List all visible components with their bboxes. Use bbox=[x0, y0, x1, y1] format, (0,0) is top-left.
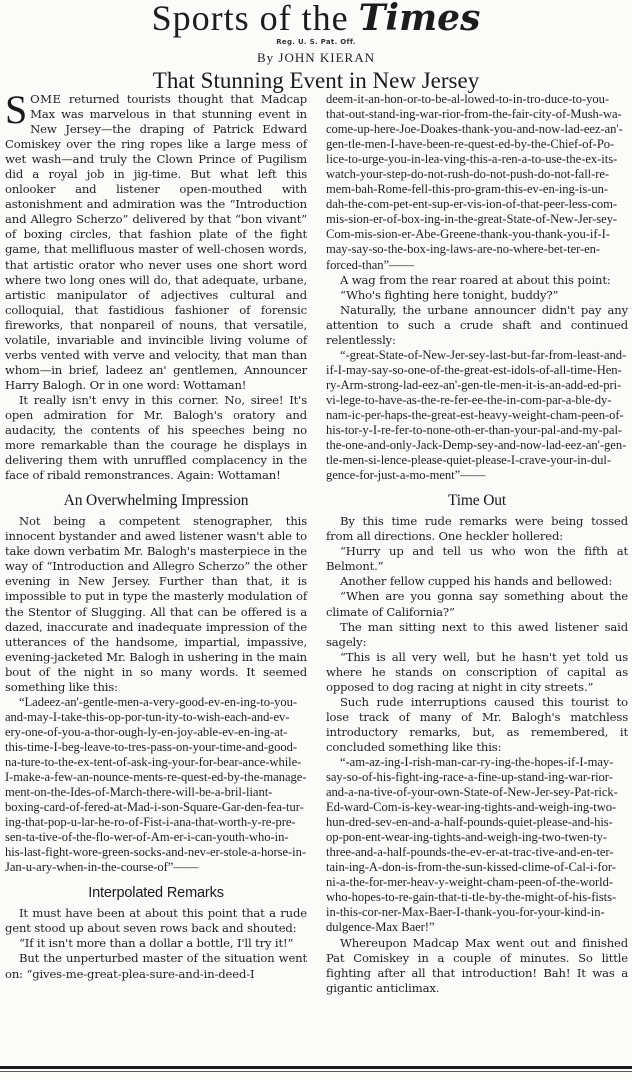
paragraph: SOME returned tourists thought that Madc… bbox=[5, 92, 307, 393]
paragraph: Not being a competent stenographer, this… bbox=[5, 514, 307, 695]
paragraph: Another fellow cupped his hands and bell… bbox=[326, 574, 628, 589]
column-title-prefix: Sports of the bbox=[152, 0, 359, 38]
quoted-speech: “Hurry up and tell us who won the fifth … bbox=[326, 544, 628, 574]
column-title: Sports of the Times bbox=[0, 0, 632, 36]
masthead: Sports of the Times Reg. U. S. Pat. Off.… bbox=[0, 0, 632, 94]
column-title-blackletter: Times bbox=[359, 0, 481, 39]
quoted-speech: “-great-State-of-New-Jer-sey-last-but-fa… bbox=[326, 348, 628, 483]
subheading: Interpolated Remarks bbox=[5, 883, 307, 903]
paragraph-text: returned tourists thought that Madcap Ma… bbox=[5, 92, 307, 392]
paragraph: It must have been at about this point th… bbox=[5, 906, 307, 936]
bottom-rule bbox=[0, 1066, 632, 1069]
paragraph: It really isn't envy in this corner. No,… bbox=[5, 393, 307, 483]
quoted-speech: “Who's fighting here tonight, buddy?” bbox=[326, 288, 628, 303]
quoted-speech: deem-it-an-hon-or-to-be-al-lowed-to-in-t… bbox=[326, 92, 628, 273]
quoted-speech: “This is all very well, but he hasn't ye… bbox=[326, 650, 628, 695]
quoted-speech: “If it isn't more than a dollar a bottle… bbox=[5, 936, 307, 951]
lead-smallcaps: OME bbox=[30, 92, 61, 106]
quoted-speech: “When are you gonna say something about … bbox=[326, 589, 628, 619]
paragraph: Whereupon Madcap Max went out and finish… bbox=[326, 936, 628, 996]
right-column: deem-it-an-hon-or-to-be-al-lowed-to-in-t… bbox=[326, 92, 628, 996]
paragraph: A wag from the rear roared at about this… bbox=[326, 273, 628, 288]
paragraph: Naturally, the urbane announcer didn't p… bbox=[326, 303, 628, 348]
paragraph: Such rude interruptions caused this tour… bbox=[326, 695, 628, 755]
byline: By JOHN KIERAN bbox=[0, 50, 632, 66]
paragraph: By this time rude remarks were being tos… bbox=[326, 514, 628, 544]
paragraph: But the unperturbed master of the situat… bbox=[5, 951, 307, 981]
subheading: An Overwhelming Impression bbox=[5, 491, 307, 511]
left-column: SOME returned tourists thought that Madc… bbox=[5, 92, 307, 982]
quoted-speech: “Ladeez-an'-gentle-men-a-very-good-ev-en… bbox=[5, 695, 307, 876]
drop-cap: S bbox=[5, 94, 27, 126]
subheading: Time Out bbox=[326, 491, 628, 511]
article-headline: That Stunning Event in New Jersey bbox=[0, 68, 632, 94]
trademark-notice: Reg. U. S. Pat. Off. bbox=[0, 38, 632, 46]
quoted-speech: “-am-az-ing-I-rish-man-car-ry-ing-the-ho… bbox=[326, 755, 628, 936]
paragraph: The man sitting next to this awed listen… bbox=[326, 620, 628, 650]
bottom-rule-thin bbox=[0, 1071, 632, 1072]
